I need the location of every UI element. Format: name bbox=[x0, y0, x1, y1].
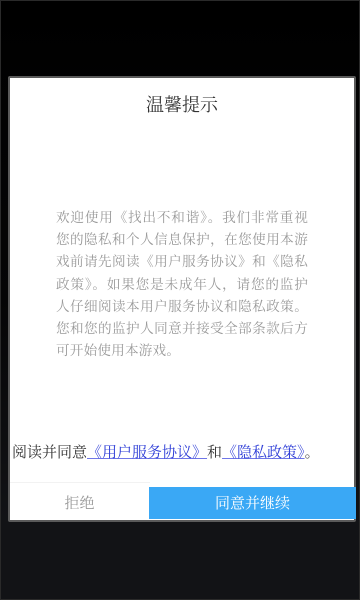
accept-continue-button[interactable]: 同意并继续 bbox=[149, 487, 356, 519]
agreement-line: 阅读并同意《用户服务协议》和《隐私政策》。 bbox=[12, 442, 320, 462]
privacy-policy-link[interactable]: 《隐私政策》 bbox=[222, 443, 305, 461]
privacy-dialog: 温馨提示 欢迎使用《找出不和谐》。我们非常重视您的隐私和个人信息保护，在您使用本… bbox=[8, 76, 356, 522]
button-divider bbox=[10, 482, 150, 483]
agreement-conjunction: 和 bbox=[207, 443, 222, 461]
terms-of-service-link[interactable]: 《用户服务协议》 bbox=[87, 443, 207, 461]
agreement-prefix: 阅读并同意 bbox=[12, 443, 87, 461]
dialog-body-text: 欢迎使用《找出不和谐》。我们非常重视您的隐私和个人信息保护，在您使用本游戏前请先… bbox=[56, 207, 308, 362]
agreement-suffix: 。 bbox=[305, 443, 320, 461]
reject-button[interactable]: 拒绝 bbox=[10, 487, 149, 519]
dialog-title: 温馨提示 bbox=[10, 95, 354, 117]
